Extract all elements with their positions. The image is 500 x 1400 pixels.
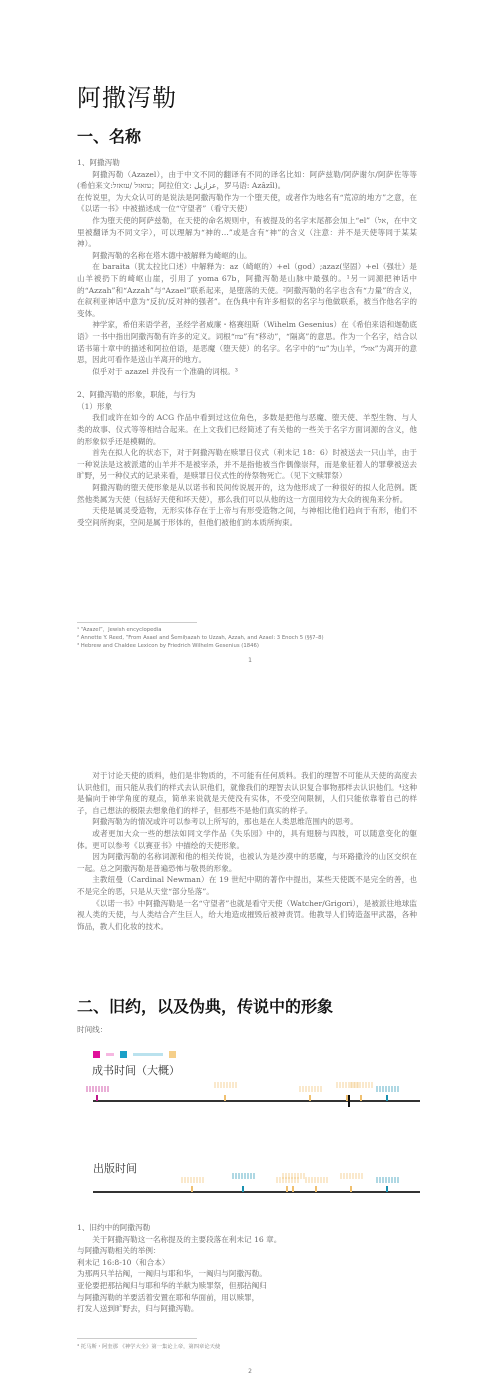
timeline-marker-label [299, 1086, 323, 1092]
paragraph: 或者更加大众一些的想法如同文学作品《失乐园》中的，具有翅膀与四肢，可以随意变化的… [77, 828, 417, 851]
paragraph: 我们或许在如今的 ACG 作品中看到过这位角色，多数是把他与恶魔、堕天使、羊型生… [77, 412, 417, 447]
timeline-publication [93, 1191, 420, 1193]
timeline-marker [242, 1186, 244, 1192]
paragraph: 作为堕天使的阿萨兹勒，在天使的命名规则中，有被提及的名字末尾都会加上“el”（א… [77, 215, 417, 250]
timeline-legend [93, 1051, 176, 1058]
legend-label [133, 1053, 163, 1056]
timeline-marker [96, 1095, 98, 1101]
subsubheading-image: （1）形象 [77, 401, 417, 413]
timeline-marker [224, 1095, 226, 1101]
timeline-marker [386, 1095, 388, 1101]
line: 与阿撒泻勒的羊要活着安置在耶和华面前，用以赎罪， [77, 1292, 417, 1304]
paragraph: 天使是属灵受造物，无形实体存在于上帝与有形受造物之间，与神相比他们趋向于有形，他… [77, 505, 417, 528]
timeline-divider [348, 1095, 350, 1107]
timeline-axis [93, 1100, 420, 1102]
timeline-marker [350, 1186, 352, 1192]
timeline-marker-label [181, 1177, 205, 1183]
paragraph: 首先在拟人化的状态下，对于阿撒泻勒在赎罪日仪式（利未记 18：6）时被送去一只山… [77, 447, 417, 482]
timeline-marker [360, 1095, 362, 1101]
timeline-marker-label [340, 1173, 364, 1179]
timeline-marker-label [376, 1177, 400, 1183]
page-number: 1 [0, 657, 500, 664]
timeline-label: 时间线： [77, 1024, 107, 1036]
paragraph: 《以诺一书》中阿撒泻勒是一名“守望者”也就是看守天使（Watcher/Grigo… [77, 898, 417, 933]
legend-swatch-cyan [120, 1051, 127, 1058]
timeline-marker-label [232, 1173, 256, 1179]
paragraph: 因为阿撒泻勒的名称词源和他的相关传说，也被认为是沙漠中的恶魔，与环路撒泠的山区交… [77, 851, 417, 874]
section2-body: 1、旧约中的阿撒泻勒 关于阿撒泻勒这一名称提及的主要段落在利未记 16 章。 与… [77, 1222, 417, 1315]
paragraph: 主教纽曼（Cardinal Newman）在 19 世纪中期的著作中提出，某些天… [77, 874, 417, 897]
line: 利未记 16:8-10（和合本） [77, 1257, 417, 1269]
paragraph: 似乎对于 azazel 并没有一个准确的词根。³ [77, 366, 417, 378]
paragraph: 阿撒泻勒的堕天使形象是从以诺书和民间传说展开的，这为他形成了一种很好的拟人化范例… [77, 482, 417, 505]
section1-body: 1、阿撒泻勒 阿撒泻勒（Azazel），由于中文不同的翻译有不同的译名比如：阿萨… [77, 157, 417, 528]
subheading-old-testament: 1、旧约中的阿撒泻勒 [77, 1222, 417, 1234]
paragraph: 阿撒泻勒为的情况或许可以参考以上所写的，那也是在人类思维范围内的思考。 [77, 816, 417, 828]
subheading-image-duties: 2、阿撒泻勒的形象，职能，与行为 [77, 389, 417, 401]
timeline-marker-label [282, 1173, 306, 1179]
paragraph: 在 baraita（犹太拉比口述）中解释为：az（崎岖的）+el（god）;az… [77, 261, 417, 319]
line: 关于阿撒泻勒这一名称提及的主要段落在利未记 16 章。 [77, 1234, 417, 1246]
legend-swatch-yellow [169, 1051, 176, 1058]
timeline-marker [292, 1186, 294, 1192]
timeline-writing [93, 1100, 420, 1102]
section-heading-old-testament: 二、旧约，以及伪典，传说中的形象 [77, 994, 333, 1017]
footnote-3: ³ Hebrew and Chaldee Lexicon by Friedric… [77, 642, 259, 651]
timeline-title-writing: 成书时间（大概） [92, 1062, 180, 1078]
timeline-marker-label [214, 1082, 238, 1088]
timeline-axis [93, 1191, 420, 1193]
timeline-marker [315, 1186, 317, 1192]
paragraph: 阿撒泻勒的名称在塔木德中被解释为崎岖的山。 [77, 250, 417, 262]
line: 亚伦要把那拈阄归与耶和华的羊献为赎罪祭，但那拈阄归 [77, 1280, 417, 1292]
section-heading-names: 一、名称 [77, 124, 141, 147]
legend-label [106, 1053, 114, 1056]
subheading-azazel: 1、阿撒泻勒 [77, 157, 417, 169]
timeline-marker-label [350, 1082, 374, 1088]
line: 打发人送到旷野去，归与阿撒泻勒。 [77, 1303, 417, 1315]
timeline-marker-label [376, 1086, 400, 1092]
timeline-marker [309, 1095, 311, 1101]
timeline-title-publication: 出版时间 [93, 1160, 137, 1176]
paragraph: 在传说里，为大众认可的是说法是阿撒泻勒作为一个堕天使，或者作为地名有“荒凉的地方… [77, 192, 417, 215]
paragraph: 阿撒泻勒（Azazel），由于中文不同的翻译有不同的译名比如：阿萨兹勒/阿萨谢尔… [77, 169, 417, 192]
legend-swatch-magenta [93, 1051, 100, 1058]
footnote-divider [77, 622, 197, 623]
line: 与阿撒泻勒相关的举例： [77, 1245, 417, 1257]
timeline-marker [191, 1186, 193, 1192]
footnote-divider [77, 1338, 197, 1339]
page-number: 2 [0, 1368, 500, 1375]
paragraph: 神学家，希伯来语学者，圣经学者威廉・格赛纽斯（Wihelm Gesenius）在… [77, 319, 417, 365]
paragraph: 对于讨论天使的质料，他们是非物质的，不可能有任何质料。我们的理智不可能从天使的高… [77, 770, 417, 816]
footnote-4: ⁴ 托马斯・阿奎那 《神学大全》第一集论上帝，第四章论天使 [77, 1343, 220, 1352]
timeline-marker [286, 1186, 288, 1192]
page2-body: 对于讨论天使的质料，他们是非物质的，不可能有任何质料。我们的理智不可能从天使的高… [77, 770, 417, 932]
line: 为那两只羊拈阄，一阄归与耶和华，一阄归与阿撒泻勒。 [77, 1268, 417, 1280]
timeline-marker-label [86, 1086, 110, 1092]
document-title: 阿撒泻勒 [77, 78, 177, 113]
timeline-marker [386, 1186, 388, 1192]
timeline-marker-label [305, 1177, 329, 1183]
